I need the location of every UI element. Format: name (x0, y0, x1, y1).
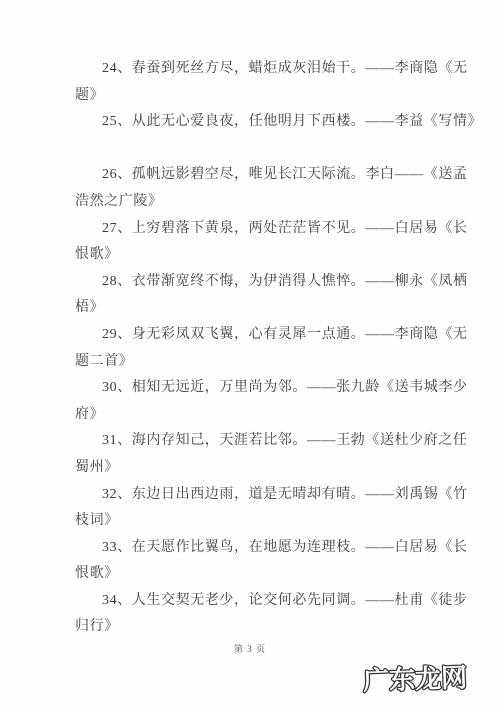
quote-line-wrap: 枝词》 (75, 508, 440, 535)
quote-line-wrap: 浩然之广陵》 (75, 189, 440, 216)
quote-line: 24、春蚕到死丝方尽，蜡炬成灰泪始干。——李商隐《无 (75, 56, 440, 83)
blank-line (75, 136, 440, 163)
quote-item-31: 31、海内存知己，天涯若比邻。——王勃《送杜少府之任 蜀州》 (75, 428, 440, 481)
quote-line: 26、孤帆远影碧空尽，唯见长江天际流。李白——《送孟 (75, 162, 440, 189)
quote-line-wrap: 题二首》 (75, 349, 440, 376)
quote-item-33: 33、在天愿作比翼鸟，在地愿为连理枝。——白居易《长 恨歌》 (75, 535, 440, 588)
watermark-text: 广东龙网 (363, 663, 468, 697)
site-watermark-logo: 广东龙网 (353, 656, 476, 700)
quote-line: 29、身无彩凤双飞翼，心有灵犀一点通。——李商隐《无 (75, 322, 440, 349)
quote-item-27: 27、上穷碧落下黄泉，两处茫茫皆不见。——白居易《长 恨歌》 (75, 216, 440, 269)
quote-item-29: 29、身无彩凤双飞翼，心有灵犀一点通。——李商隐《无 题二首》 (75, 322, 440, 375)
quote-line: 33、在天愿作比翼鸟，在地愿为连理枝。——白居易《长 (75, 535, 440, 562)
quote-line-wrap: 梧》 (75, 295, 440, 322)
document-page: 24、春蚕到死丝方尽，蜡炬成灰泪始干。——李商隐《无 题》 25、从此无心爱良夜… (0, 0, 500, 708)
quote-line: 31、海内存知己，天涯若比邻。——王勃《送杜少府之任 (75, 428, 440, 455)
quote-line: 34、人生交契无老少，论交何必先同调。——杜甫《徒步 (75, 588, 440, 615)
quote-item-24: 24、春蚕到死丝方尽，蜡炬成灰泪始干。——李商隐《无 题》 (75, 56, 440, 109)
quote-line-wrap: 归行》 (75, 614, 440, 641)
quote-line: 25、从此无心爱良夜，任他明月下西楼。——李益《写情》 (75, 109, 440, 136)
quote-item-34: 34、人生交契无老少，论交何必先同调。——杜甫《徒步 归行》 (75, 588, 440, 641)
quote-item-28: 28、衣带渐宽终不悔，为伊消得人憔悴。——柳永《凤栖 梧》 (75, 269, 440, 322)
quote-line-wrap: 题》 (75, 83, 440, 110)
page-number: 第 3 页 (0, 643, 500, 655)
quote-line-wrap: 恨歌》 (75, 561, 440, 588)
quote-item-26: 26、孤帆远影碧空尽，唯见长江天际流。李白——《送孟 浩然之广陵》 (75, 162, 440, 215)
quote-line: 32、东边日出西边雨，道是无晴却有晴。——刘禹锡《竹 (75, 482, 440, 509)
quote-line-wrap: 恨歌》 (75, 242, 440, 269)
quote-item-25: 25、从此无心爱良夜，任他明月下西楼。——李益《写情》 (75, 109, 440, 136)
quote-line-wrap: 蜀州》 (75, 455, 440, 482)
quote-line: 30、相知无远近，万里尚为邻。——张九龄《送韦城李少 (75, 375, 440, 402)
quote-list: 24、春蚕到死丝方尽，蜡炬成灰泪始干。——李商隐《无 题》 25、从此无心爱良夜… (75, 56, 440, 641)
quote-item-32: 32、东边日出西边雨，道是无晴却有晴。——刘禹锡《竹 枝词》 (75, 482, 440, 535)
quote-item-30: 30、相知无远近，万里尚为邻。——张九龄《送韦城李少 府》 (75, 375, 440, 428)
quote-line-wrap: 府》 (75, 402, 440, 429)
quote-line: 28、衣带渐宽终不悔，为伊消得人憔悴。——柳永《凤栖 (75, 269, 440, 296)
quote-line: 27、上穷碧落下黄泉，两处茫茫皆不见。——白居易《长 (75, 216, 440, 243)
